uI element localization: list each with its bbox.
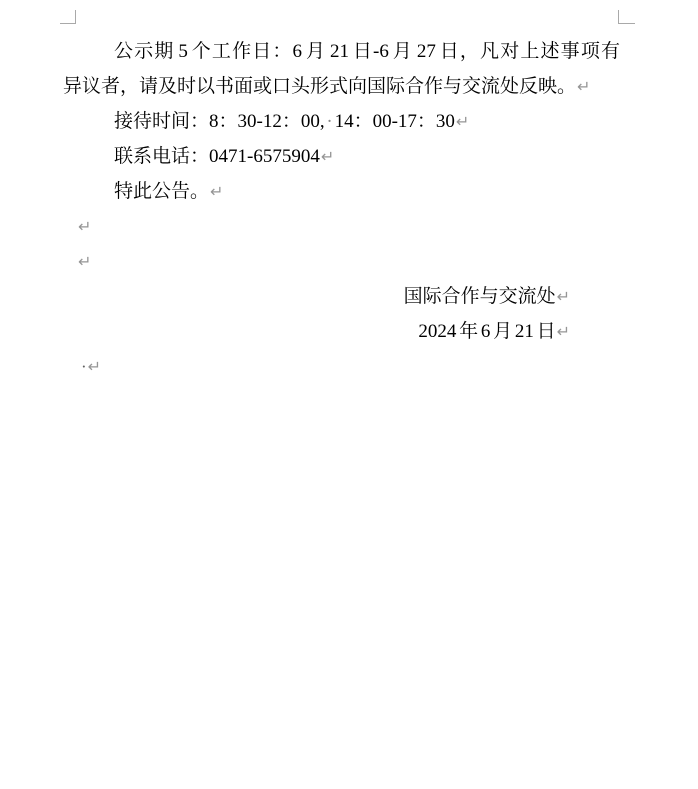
text-run: 2024 年 6 月 21 日: [418, 321, 555, 342]
text-line: 公示期 5 个工作日：6 月 21 日-6 月 27 日，凡对上述事项有: [63, 34, 620, 69]
text-run: 联系电话：0471-6575904: [114, 146, 320, 167]
paragraph-mark-icon: ↵: [576, 77, 590, 96]
document-page: 公示期 5 个工作日：6 月 21 日-6 月 27 日，凡对上述事项有异议者，…: [0, 0, 698, 789]
space-formatting-mark: ·: [325, 104, 335, 139]
paragraph-mark-icon: ↵: [556, 287, 570, 306]
paragraph-mark-icon: ↵: [556, 322, 570, 341]
text-run: 公示期 5 个工作日：6 月 21 日-6 月 27 日，凡对上述事项有: [114, 41, 620, 62]
text-line: 异议者，请及时以书面或口头形式向国际合作与交流处反映。↵: [63, 69, 620, 104]
text-run: 特此公告。: [114, 181, 209, 202]
space-formatting-mark: ·: [81, 357, 87, 376]
text-line: 联系电话：0471-6575904↵: [63, 139, 620, 174]
text-line: ·↵: [63, 349, 620, 384]
text-run: 异议者，请及时以书面或口头形式向国际合作与交流处反映。: [63, 76, 576, 97]
text-line: 2024 年 6 月 21 日↵: [63, 314, 620, 349]
text-line: ↵: [63, 209, 620, 244]
paragraph-mark-icon: ↵: [87, 357, 101, 376]
paragraph-mark-icon: ↵: [77, 217, 91, 236]
paragraph-mark-icon: ↵: [209, 182, 223, 201]
text-line: 特此公告。↵: [63, 174, 620, 209]
paragraph-mark-icon: ↵: [77, 252, 91, 271]
text-boundary-mark-top-left-icon: [60, 10, 76, 24]
paragraph-mark-icon: ↵: [320, 147, 334, 166]
text-line: 国际合作与交流处↵: [63, 279, 620, 314]
text-line: 接待时间：8：30-12：00,·14：00-17：30↵: [63, 104, 620, 139]
text-boundary-mark-top-right-icon: [618, 10, 635, 24]
document-text[interactable]: 公示期 5 个工作日：6 月 21 日-6 月 27 日，凡对上述事项有异议者，…: [63, 34, 620, 384]
text-run: 国际合作与交流处: [404, 286, 556, 307]
paragraph-mark-icon: ↵: [455, 112, 469, 131]
text-line: ↵: [63, 244, 620, 279]
text-run: 接待时间：8：30-12：00,: [114, 111, 325, 132]
text-run: 14：00-17：30: [335, 111, 455, 132]
